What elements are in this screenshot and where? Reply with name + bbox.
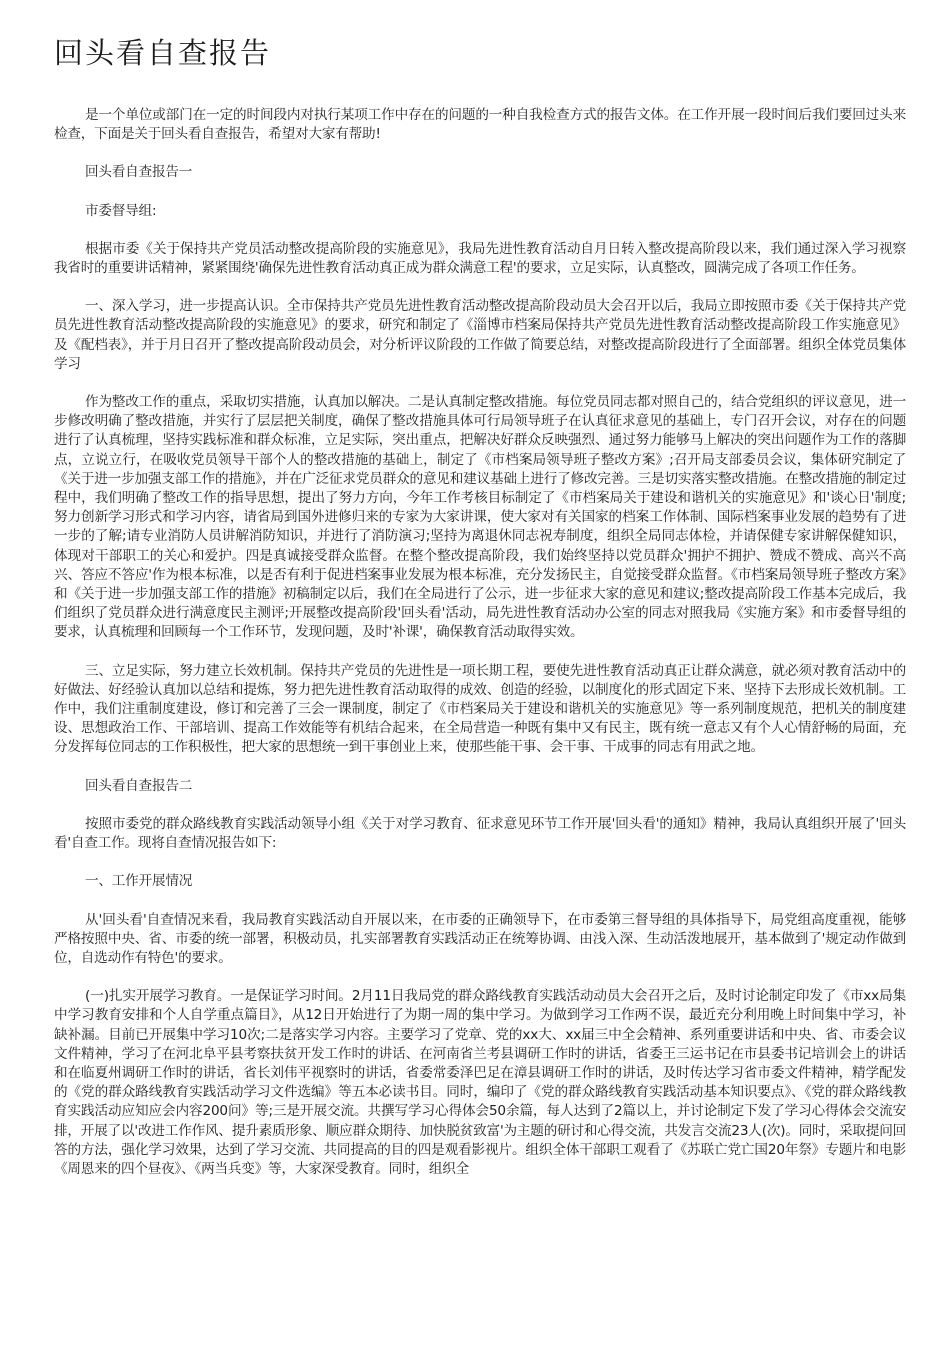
section-heading-report-two: 回头看自查报告二 [54, 777, 906, 796]
body-paragraph: 从'回头看'自查情况来看，我局教育实践活动自开展以来，在市委的正确领导下，在市委… [54, 911, 906, 969]
body-paragraph: 根据市委《关于保持共产党员活动整改提高阶段的实施意见》，我局先进性教育活动自月日… [54, 240, 906, 278]
body-paragraph: (一)扎实开展学习教育。一是保证学习时间。2月11日我局党的群众路线教育实践活动… [54, 987, 906, 1179]
intro-paragraph: 是一个单位或部门在一定的时间段内对执行某项工作中存在的问题的一种自我检查方式的报… [54, 106, 906, 144]
body-paragraph: 按照市委党的群众路线教育实践活动领导小组《关于对学习教育、征求意见环节工作开展'… [54, 815, 906, 853]
body-paragraph: 一、深入学习，进一步提高认识。全市保持共产党员先进性教育活动整改提高阶段动员大会… [54, 297, 906, 374]
document-title: 回头看自查报告 [54, 35, 271, 71]
body-paragraph: 作为整改工作的重点，采取切实措施，认真加以解决。二是认真制定整改措施。每位党员同… [54, 393, 906, 643]
body-paragraph: 三、立足实际，努力建立长效机制。保持共产党员的先进性是一项长期工程，要使先进性教… [54, 662, 906, 758]
subsection-heading: 一、工作开展情况 [54, 872, 906, 891]
document-body: 是一个单位或部门在一定的时间段内对执行某项工作中存在的问题的一种自我检查方式的报… [54, 106, 906, 1198]
salutation: 市委督导组: [54, 202, 906, 221]
section-heading-report-one: 回头看自查报告一 [54, 163, 906, 182]
